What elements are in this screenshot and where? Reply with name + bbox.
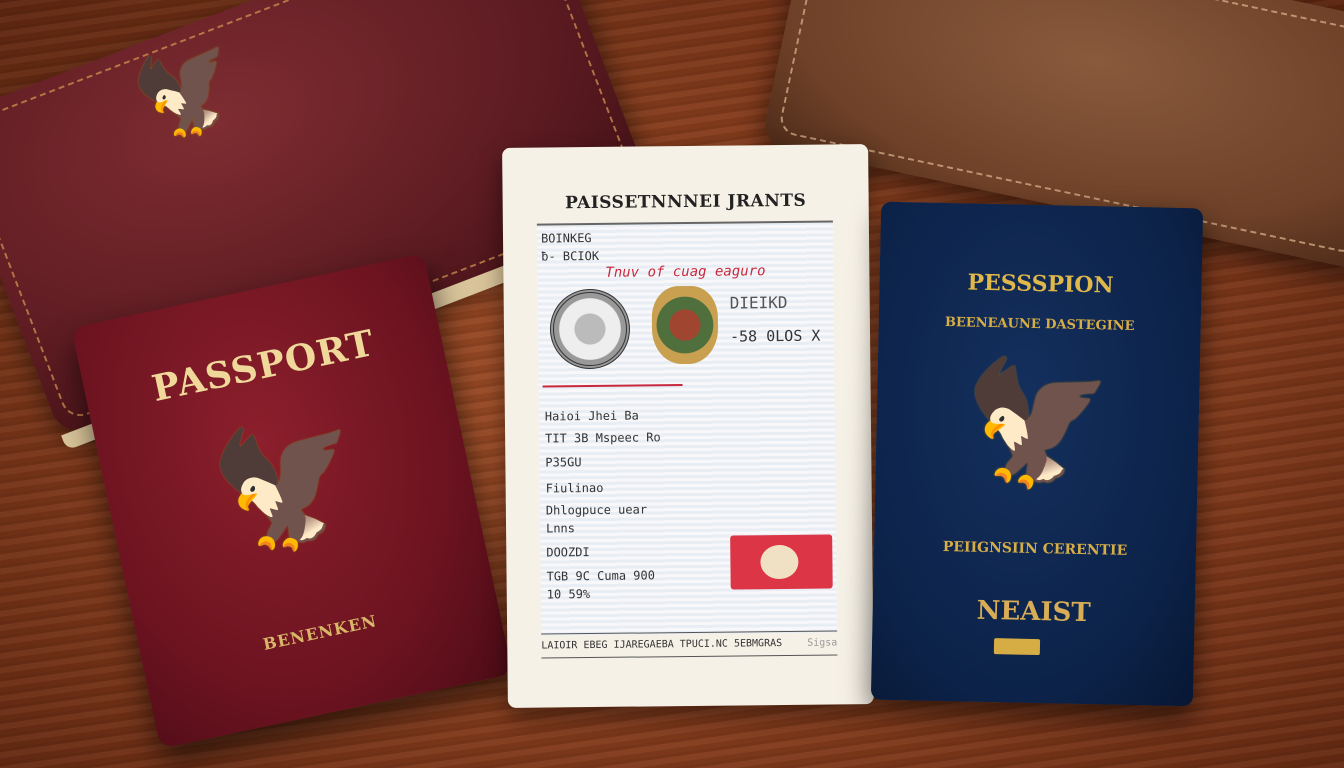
signature bbox=[542, 374, 682, 387]
eagle-emblem-icon: 🦅 bbox=[100, 390, 477, 582]
card-line: DIEIKD bbox=[730, 293, 788, 313]
card-line: P35GU bbox=[545, 455, 581, 469]
coat-of-arms-icon bbox=[652, 286, 719, 365]
card-line: Dhlogpuce uear bbox=[546, 502, 647, 517]
card-line: TIT 3B Mspeec Ro bbox=[545, 430, 661, 445]
biometric-chip-icon bbox=[994, 638, 1040, 655]
card-line: Lnns bbox=[546, 521, 575, 535]
official-seal-icon bbox=[550, 289, 631, 370]
eagle-emblem-icon: 🦅 bbox=[875, 362, 1199, 489]
card-footer: LAIOIR EBEG IJAREGAEBA TPUCI.NC 5EBMGRAS… bbox=[541, 630, 837, 658]
card-line: Fiulinao bbox=[546, 481, 604, 496]
card-line: DOOZDI bbox=[546, 545, 590, 559]
card-line: Haioi Jhei Ba bbox=[545, 409, 639, 424]
card-line: 10 59% bbox=[547, 587, 591, 601]
red-passport-subtitle: BENENKEN bbox=[142, 586, 498, 679]
blue-passport-subtitle: BEENEAUNE DASTEGINE bbox=[879, 314, 1201, 336]
red-passport: PASSPORT 🦅 BENENKEN bbox=[71, 253, 513, 748]
footer-text: LAIOIR EBEG IJAREGAEBA TPUCI.NC 5EBMGRAS bbox=[541, 638, 782, 652]
red-stamp bbox=[730, 534, 833, 589]
card-line: BOINKEG bbox=[541, 231, 592, 246]
blue-passport-bottom-text: NEAIST bbox=[872, 594, 1195, 631]
card-line: -58 0LOS X bbox=[730, 327, 820, 346]
document-card: PAISSETNNNEI JRANTS BOINKEG ƀ- BCIOK Tnu… bbox=[502, 144, 874, 708]
blue-passport-subtitle-2: PEIIGNSIIN CERENTIE bbox=[874, 538, 1196, 561]
footer-right-text: Sigsa bbox=[807, 637, 837, 648]
card-line: TGB 9C Cuma 900 bbox=[546, 568, 655, 583]
card-line: Tnuv of cuag eaguro bbox=[605, 263, 765, 281]
blue-passport: PESSSPION BEENEAUNE DASTEGINE 🦅 PEIIGNSI… bbox=[871, 202, 1203, 707]
blue-passport-title: PESSSPION bbox=[879, 268, 1201, 301]
card-line: ƀ- BCIOK bbox=[541, 249, 599, 264]
card-header: PAISSETNNNEI JRANTS bbox=[503, 190, 869, 214]
card-panel: BOINKEG ƀ- BCIOK Tnuv of cuag eaguro DIE… bbox=[537, 220, 837, 635]
